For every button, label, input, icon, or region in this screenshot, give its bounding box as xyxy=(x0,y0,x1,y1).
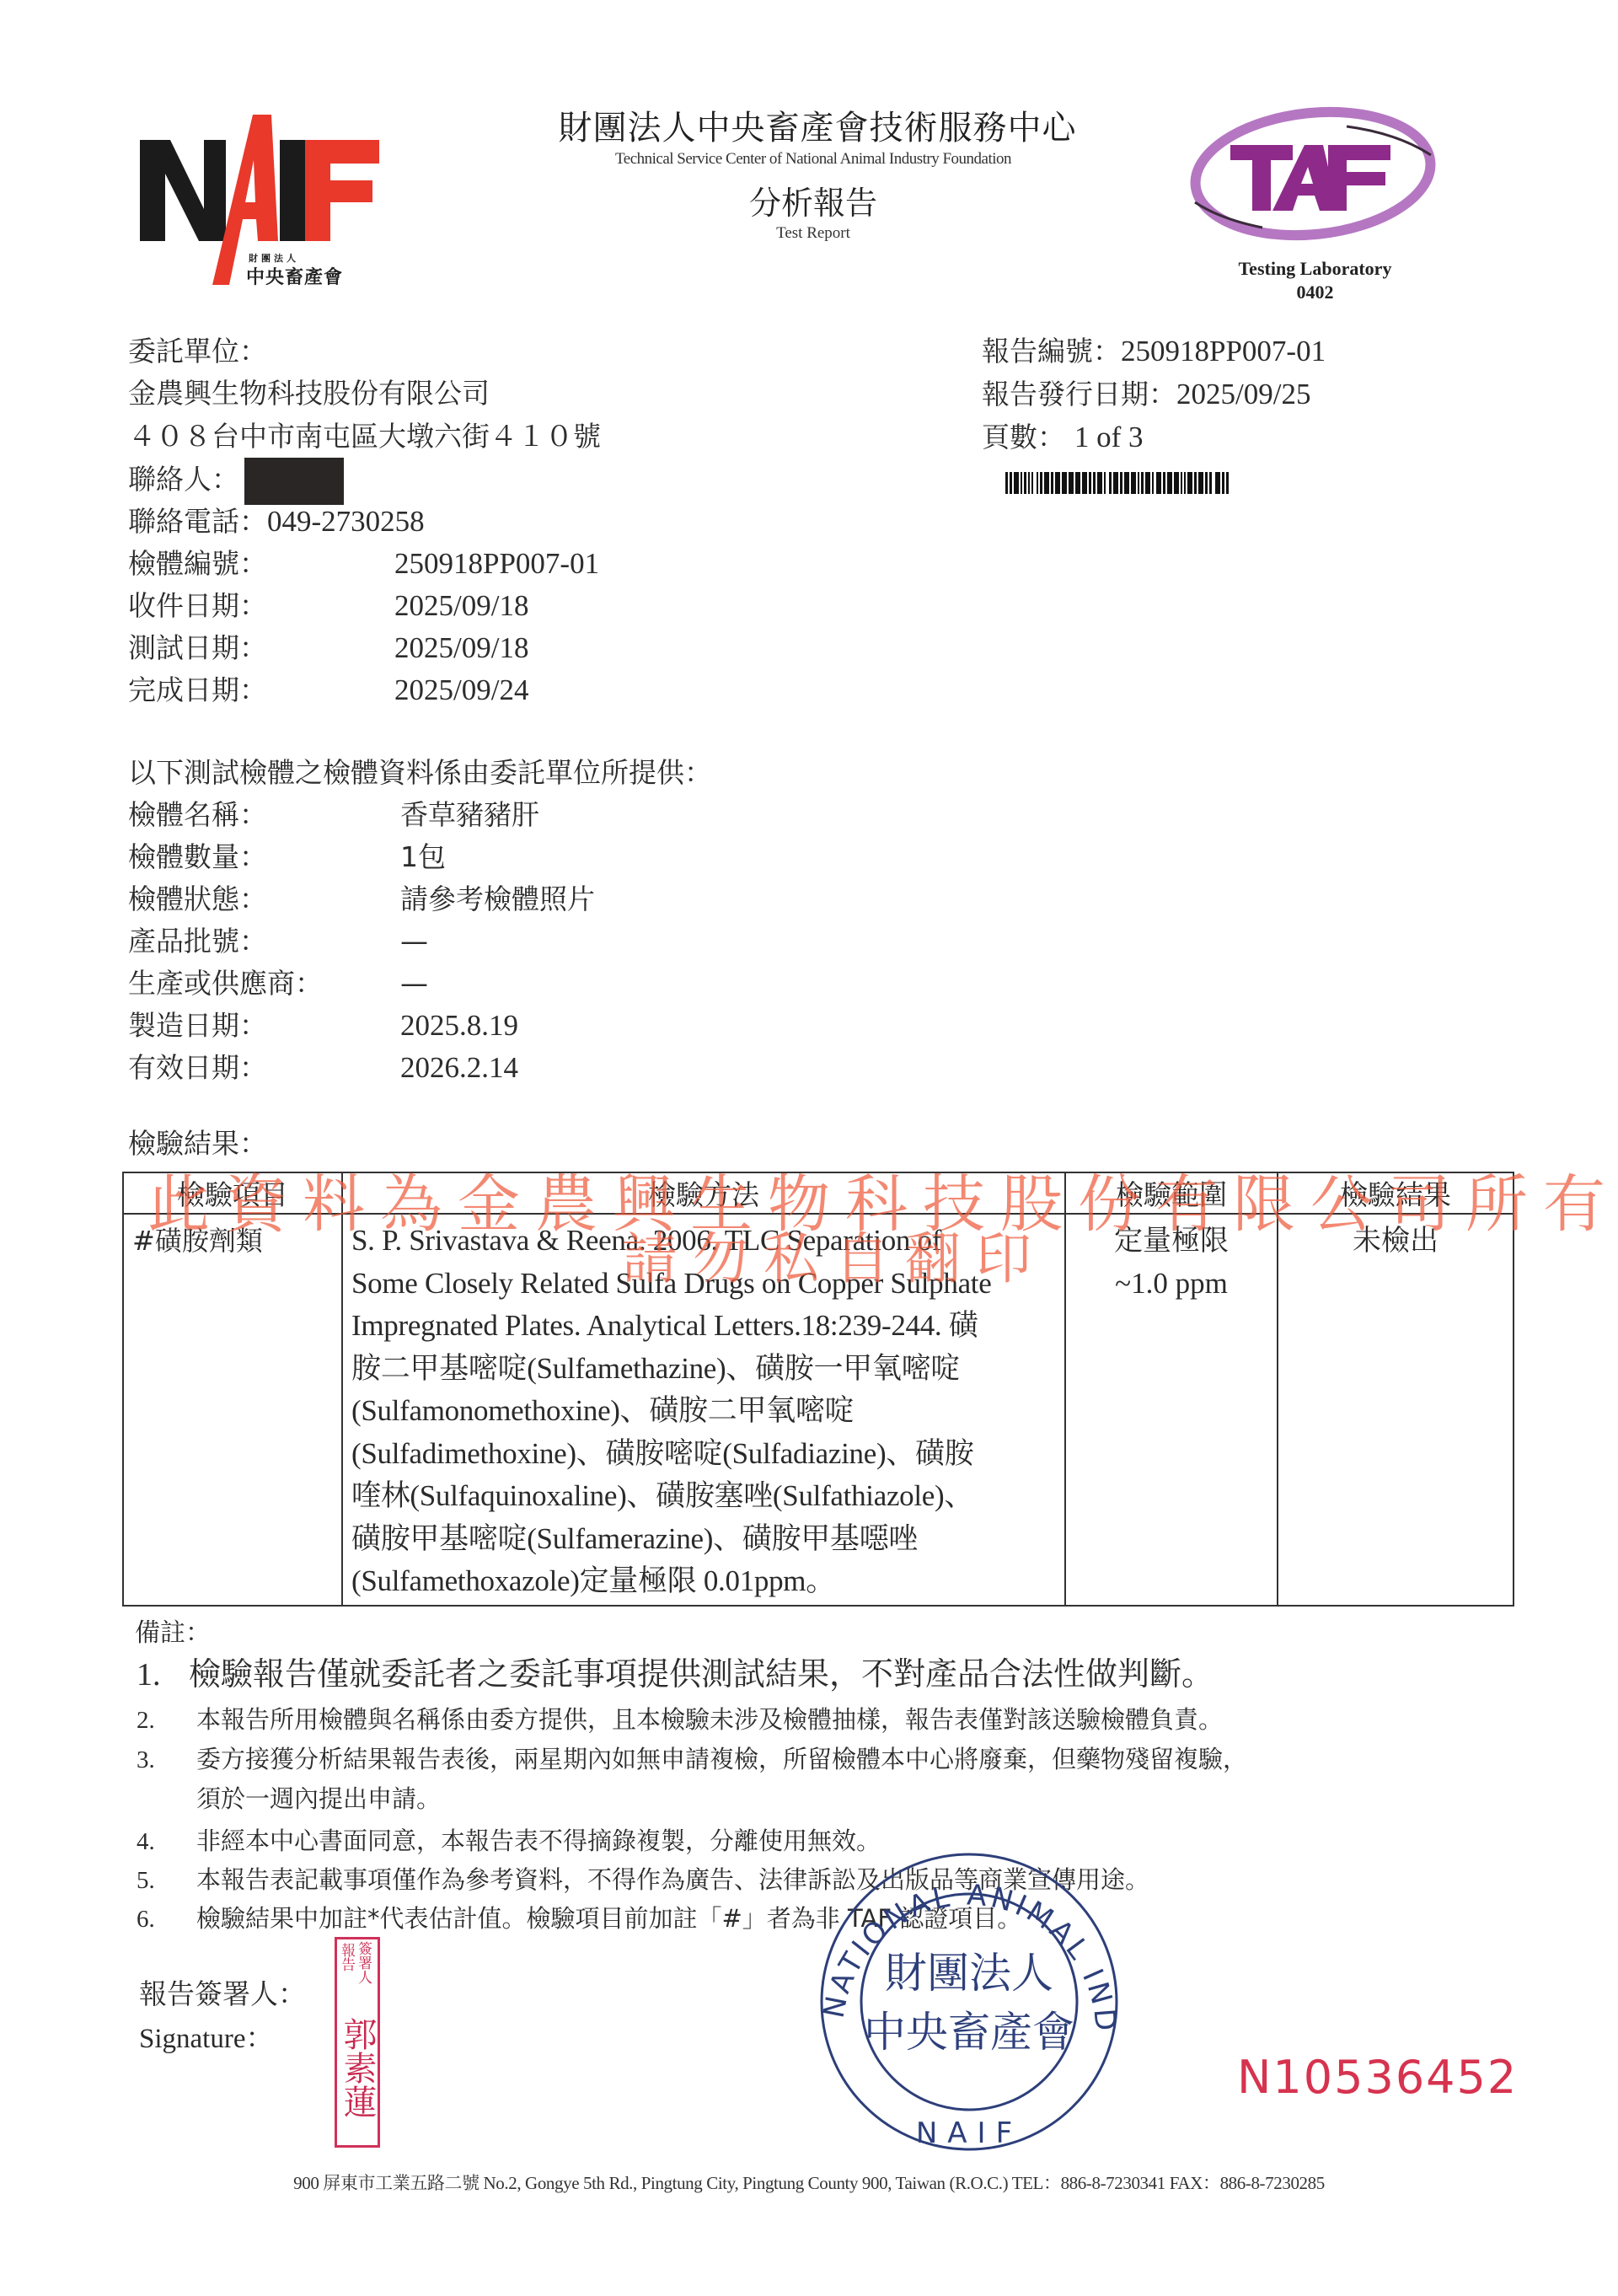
signature-label-en: Signature： xyxy=(139,2016,273,2056)
column-header-item: 檢驗項目 xyxy=(123,1172,342,1214)
sample-field-label: 檢體狀態： xyxy=(128,882,267,915)
note-item-2: 2.本報告所用檢體與名稱係由委方提供，且本檢驗未涉及檢體抽樣，報告表僅對該送驗檢… xyxy=(137,1701,1223,1735)
contact-redaction-block xyxy=(244,458,344,505)
sample-field-row: 檢體狀態： xyxy=(128,878,267,920)
stamp-small-text: 簽署人 xyxy=(356,1941,371,1984)
sample-field-row: 產品批號： xyxy=(128,920,267,963)
range-label: 定量極限 xyxy=(1074,1220,1268,1263)
sample-field-row: 有效日期： xyxy=(128,1047,267,1089)
sample-field-label: 有效日期： xyxy=(128,1051,267,1084)
issue-date-row: 報告發行日期：2025/09/25 xyxy=(982,373,1310,416)
method-line: (Sulfamonomethoxine)、磺胺二甲氧嘧啶 xyxy=(351,1390,1056,1433)
client-address-row: ４０８台中市南屯區大墩六街４１０號 xyxy=(128,416,601,458)
sample-field-label: 檢體名稱： xyxy=(128,798,267,831)
phone-row: 聯絡電話：049-2730258 xyxy=(128,501,425,543)
sample-expiry-value: 2026.2.14 xyxy=(400,1047,518,1089)
tested-value: 2025/09/18 xyxy=(394,627,528,669)
taf-logo xyxy=(1178,101,1456,270)
method-line: Impregnated Plates. Analytical Letters.1… xyxy=(351,1305,1056,1348)
note-item-3-continued: 須於一週內提出申請。 xyxy=(196,1780,441,1815)
note-number: 3. xyxy=(137,1746,196,1774)
tested-row: 測試日期： xyxy=(128,627,267,669)
issue-date-value: 2025/09/25 xyxy=(1176,378,1310,410)
table-row: #磺胺劑類 S. P. Srivastava & Reena. 2006. TL… xyxy=(123,1214,1514,1606)
cell-range: 定量極限 ~1.0 ppm xyxy=(1065,1214,1278,1606)
client-address: ４０８台中市南屯區大墩六街４１０號 xyxy=(128,420,601,453)
note-number: 1. xyxy=(137,1656,189,1693)
stamp-small-text: 報告 xyxy=(339,1943,354,1971)
contact-row: 聯絡人： xyxy=(128,458,344,505)
signature-stamp: 報告 簽署人 郭素蓮 xyxy=(335,1937,380,2148)
results-title: 檢驗結果： xyxy=(128,1123,267,1165)
note-text: 本報告所用檢體與名稱係由委方提供，且本檢驗未涉及檢體抽樣，報告表僅對該送驗檢體負… xyxy=(196,1705,1223,1734)
sample-field-label: 產品批號： xyxy=(128,925,267,958)
note-number: 2. xyxy=(137,1707,196,1735)
cell-result: 未檢出 xyxy=(1278,1214,1514,1606)
phone-value: 049-2730258 xyxy=(267,505,425,538)
report-no-label: 報告編號： xyxy=(982,335,1121,367)
client-label-row: 委託單位： xyxy=(128,330,267,373)
column-header-method: 檢驗方法 xyxy=(342,1172,1065,1214)
tested-label: 測試日期： xyxy=(128,631,267,664)
note-item-4: 4.非經本中心書面同意，本報告表不得摘錄複製，分離使用無效。 xyxy=(137,1822,881,1857)
sample-intro: 以下測試檢體之檢體資料係由委託單位所提供： xyxy=(128,752,712,794)
sample-supplier-value: — xyxy=(400,963,428,1005)
svg-text:NATIONAL ANIMAL INDUSTRY FOUND: NATIONAL ANIMAL INDUSTRY FOUNDATION xyxy=(809,1837,1122,2036)
issue-date-label: 報告發行日期： xyxy=(982,378,1176,410)
sample-field-label: 檢體數量： xyxy=(128,840,267,873)
sample-field-label: 生產或供應商： xyxy=(128,967,323,1000)
svg-text:財團法人: 財團法人 xyxy=(885,1949,1053,1998)
method-line: Some Closely Related Sulfa Drugs on Copp… xyxy=(351,1263,1056,1306)
results-header-row: 檢驗項目 檢驗方法 檢驗範圍 檢驗結果 xyxy=(123,1172,1514,1214)
sample-no-label: 檢體編號： xyxy=(128,547,267,580)
report-no-row: 報告編號：250918PP007-01 xyxy=(982,330,1326,373)
method-line: (Sulfamethoxazole)定量極限 0.01ppm。 xyxy=(351,1560,1056,1603)
method-line: 磺胺甲基嘧啶(Sulfamerazine)、磺胺甲基噁唑 xyxy=(351,1518,1056,1561)
note-text: 非經本中心書面同意，本報告表不得摘錄複製，分離使用無效。 xyxy=(196,1827,881,1855)
signature-label-zh: 報告簽署人： xyxy=(139,1972,306,2012)
note-number: 5. xyxy=(137,1867,196,1895)
note-item-3: 3.委方接獲分析結果報告表後，兩星期內如無申請複檢，所留檢體本中心將廢棄，但藥物… xyxy=(137,1741,1247,1775)
received-label: 收件日期： xyxy=(128,589,267,622)
phone-label: 聯絡電話： xyxy=(128,505,267,538)
sample-name-value: 香草豬豬肝 xyxy=(400,794,539,836)
received-value: 2025/09/18 xyxy=(394,585,528,627)
serial-number: N10536452 xyxy=(1237,2051,1518,2104)
range-value: ~1.0 ppm xyxy=(1074,1263,1268,1306)
client-company-row: 金農興生物科技股份有限公司 xyxy=(128,373,490,415)
sample-field-row: 製造日期： xyxy=(128,1005,267,1047)
note-text: 檢驗報告僅就委託者之委託事項提供測試結果，不對產品合法性做判斷。 xyxy=(189,1655,1213,1692)
stamp-name: 郭素蓮 xyxy=(339,2017,376,2118)
received-row: 收件日期： xyxy=(128,585,267,627)
column-header-result: 檢驗結果 xyxy=(1278,1172,1514,1214)
report-no-value: 250918PP007-01 xyxy=(1121,335,1326,367)
note-item-1: 1.檢驗報告僅就委託者之委託事項提供測試結果，不對產品合法性做判斷。 xyxy=(137,1648,1213,1694)
method-line: 喹林(Sulfaquinoxaline)、磺胺塞唑(Sulfathiazole)… xyxy=(351,1475,1056,1518)
sample-quantity-value: 1包 xyxy=(400,836,446,878)
note-text: 委方接獲分析結果報告表後，兩星期內如無申請複檢，所留檢體本中心將廢棄，但藥物殘留… xyxy=(196,1745,1247,1773)
results-table-wrapper: 檢驗項目 檢驗方法 檢驗範圍 檢驗結果 #磺胺劑類 S. P. Srivasta… xyxy=(122,1172,1513,1607)
client-label: 委託單位： xyxy=(128,335,267,367)
cell-item: #磺胺劑類 xyxy=(123,1214,342,1606)
note-number: 6. xyxy=(137,1906,196,1934)
footer-address: 900 屏東市工業五路二號 No.2, Gongye 5th Rd., Ping… xyxy=(0,2170,1618,2195)
completed-label: 完成日期： xyxy=(128,673,267,706)
results-title-text: 檢驗結果： xyxy=(128,1127,267,1160)
results-table: 檢驗項目 檢驗方法 檢驗範圍 檢驗結果 #磺胺劑類 S. P. Srivasta… xyxy=(122,1172,1514,1607)
taf-lab-label: Testing Laboratory xyxy=(1178,258,1452,280)
column-header-range: 檢驗範圍 xyxy=(1065,1172,1278,1214)
naif-official-seal: NATIONAL ANIMAL INDUSTRY FOUNDATION NAIF… xyxy=(809,1837,1129,2158)
sample-no-row: 檢體編號： xyxy=(128,543,267,585)
contact-label: 聯絡人： xyxy=(128,463,239,496)
client-company: 金農興生物科技股份有限公司 xyxy=(128,377,490,410)
sample-no-value: 250918PP007-01 xyxy=(394,543,599,585)
pages-label: 頁數： xyxy=(982,421,1065,453)
sample-mfg-date-value: 2025.8.19 xyxy=(400,1005,518,1047)
sample-field-row: 生產或供應商： xyxy=(128,963,323,1005)
sample-field-row: 檢體數量： xyxy=(128,836,267,878)
sample-batch-value: — xyxy=(400,920,428,963)
taf-lab-number: 0402 xyxy=(1178,282,1452,303)
pages-row: 頁數： 1 of 3 xyxy=(982,416,1143,459)
sample-intro-text: 以下測試檢體之檢體資料係由委託單位所提供： xyxy=(128,756,712,789)
completed-value: 2025/09/24 xyxy=(394,669,528,711)
sample-field-label: 製造日期： xyxy=(128,1009,267,1042)
method-line: S. P. Srivastava & Reena. 2006. TLC Sepa… xyxy=(351,1220,1056,1263)
completed-row: 完成日期： xyxy=(128,669,267,711)
naif-logo-subtitle-large: 中央畜產會 xyxy=(246,263,343,289)
note-number: 4. xyxy=(137,1828,196,1856)
barcode xyxy=(1005,472,1376,494)
cell-method: S. P. Srivastava & Reena. 2006. TLC Sepa… xyxy=(342,1214,1065,1606)
sample-status-value: 請參考檢體照片 xyxy=(400,878,595,920)
method-line: 胺二甲基嘧啶(Sulfamethazine)、磺胺一甲氧嘧啶 xyxy=(351,1348,1056,1391)
svg-text:NAIF: NAIF xyxy=(916,2116,1022,2150)
notes-title: 備註： xyxy=(135,1612,211,1649)
svg-text:中央畜產會: 中央畜產會 xyxy=(864,2008,1074,2057)
pages-value: 1 of 3 xyxy=(1074,421,1144,453)
sample-field-row: 檢體名稱： xyxy=(128,794,267,836)
method-line: (Sulfadimethoxine)、磺胺嘧啶(Sulfadiazine)、磺胺 xyxy=(351,1433,1056,1476)
